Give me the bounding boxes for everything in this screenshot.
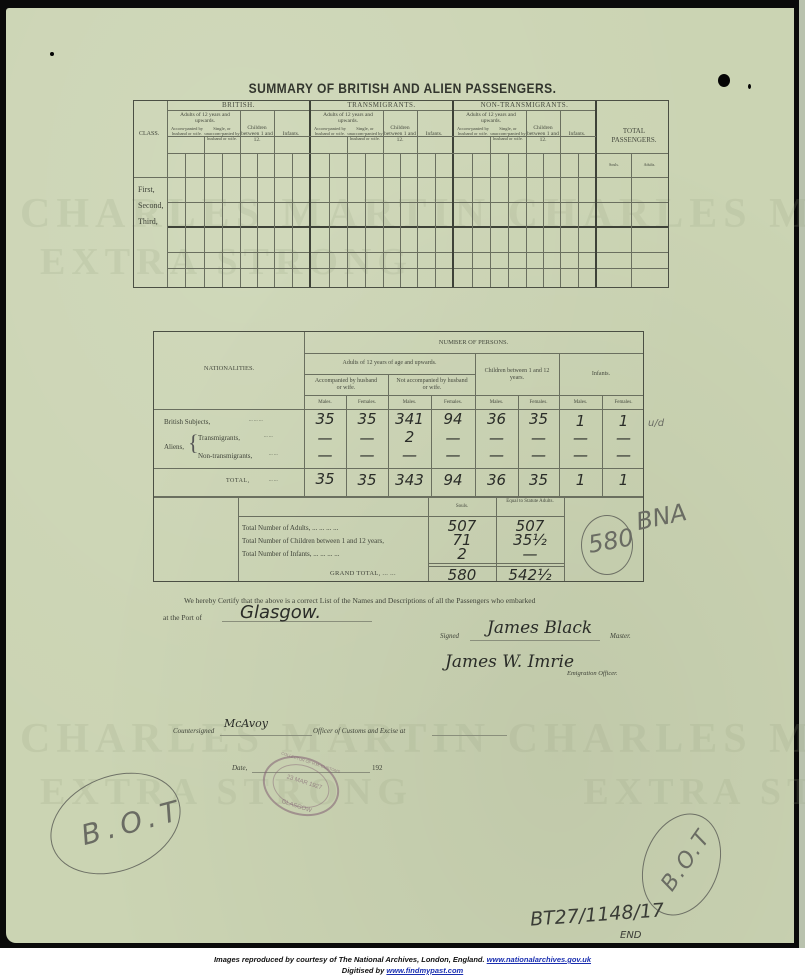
countersigned-signature: McAvoy <box>224 717 268 730</box>
customs-officer-label: Officer of Customs and Excise at <box>313 727 405 735</box>
value-cell: — <box>346 429 388 447</box>
value-cell: 1 <box>559 412 602 430</box>
total-children-label: Total Number of Children between 1 and 1… <box>242 537 384 545</box>
aliens-brace: { <box>188 432 199 454</box>
pencil-mark: u/d <box>648 418 664 429</box>
children-header: Children between 1 and 12. <box>240 125 274 143</box>
row-label-british-subjects: British Subjects, <box>164 418 210 426</box>
value-cell: — <box>518 446 559 464</box>
value-cell: — <box>475 446 518 464</box>
adults-header: Adults of 12 years and upwards. <box>456 112 526 124</box>
page-title: SUMMARY OF BRITISH AND ALIEN PASSENGERS. <box>56 80 748 96</box>
findmypast-link[interactable]: www.findmypast.com <box>386 966 463 975</box>
females-header: Females. <box>602 399 645 406</box>
nationalities-header: NATIONALITIES. <box>154 365 304 372</box>
adults-header: Adults of 12 years and upwards. <box>313 112 383 124</box>
single-header: Single, or unaccom-panied by husband or … <box>347 126 383 141</box>
master-signature: James Black <box>487 618 592 638</box>
accompanied-header: Accom-panied by husband or wife. <box>313 126 347 136</box>
value-cell: 341 <box>388 410 431 428</box>
end-mark: END <box>620 930 642 941</box>
signed-label: Signed <box>440 632 459 640</box>
row-dots: ... ... <box>269 452 278 457</box>
aliens-label: Aliens, <box>164 443 184 451</box>
males-header: Males. <box>475 399 518 406</box>
males-header: Males. <box>388 399 431 406</box>
value-cell: — <box>559 446 602 464</box>
value-cell: — <box>559 429 602 447</box>
class-first: First, <box>138 185 155 194</box>
value-cell: 35 <box>304 470 346 488</box>
master-signature-line <box>470 640 600 641</box>
row-label-total: TOTAL, <box>226 478 250 484</box>
countersigned-line <box>220 735 312 736</box>
national-archives-link[interactable]: www.nationalarchives.gov.uk <box>487 955 591 964</box>
females-header: Females. <box>346 399 388 406</box>
children-header: Children between 1 and 12. <box>383 125 417 143</box>
accompanied-header: Accom-panied by husband or wife. <box>456 126 490 136</box>
value-cell: 36 <box>475 410 518 428</box>
date-label: Date, <box>232 764 247 772</box>
section-header-non-transmigrants: NON-TRANSMIGRANTS. <box>454 102 595 108</box>
port-value: Glasgow. <box>240 602 321 623</box>
accompanied-header: Accom-panied by husband or wife. <box>170 126 204 136</box>
value-cell: — <box>602 429 645 447</box>
statute-adults-header: Equal to Statute Adults. <box>502 499 558 505</box>
ink-speck <box>50 52 54 56</box>
adults-header: Adults of 12 years and upwards. <box>170 112 240 124</box>
value-cell: 35 <box>304 410 346 428</box>
emigration-officer-label: Emigration Officer. <box>567 670 618 677</box>
value-cell: 1 <box>602 471 645 489</box>
value-cell: 36 <box>475 471 518 489</box>
value-cell: 2 <box>388 428 431 446</box>
value-cell: — <box>518 429 559 447</box>
emigration-officer-signature: James W. Imrie <box>445 652 574 672</box>
certification-statement: We hereby Certify that the above is a co… <box>184 596 535 605</box>
males-header: Males. <box>304 399 346 406</box>
males-header: Males. <box>559 399 602 406</box>
souls-header: Souls. <box>597 162 631 168</box>
value-cell: — <box>304 446 346 464</box>
footer-credit-text: Images reproduced by courtesy of The Nat… <box>214 955 485 964</box>
port-prefix: at the Port of <box>163 613 202 622</box>
adults-header: Adults. <box>631 162 668 168</box>
grand-total-souls: 580 <box>428 566 496 584</box>
number-of-persons-header: NUMBER OF PERSONS. <box>304 339 643 346</box>
adults-header: Adults of 12 years of age and upwards. <box>304 360 475 367</box>
row-dots: ... ... <box>264 434 273 439</box>
females-header: Females. <box>431 399 475 406</box>
value-cell: — <box>431 429 475 447</box>
footer-digitised-line: Digitised by www.findmypast.com <box>0 966 805 975</box>
value-cell: — <box>431 446 475 464</box>
value-cell: — <box>304 429 346 447</box>
footer-digitised-text: Digitised by <box>342 966 385 975</box>
value-cell: 1 <box>602 412 645 430</box>
row-label-non-transmigrants: Non-transmigrants, <box>198 452 252 460</box>
grand-total-label: GRAND TOTAL, ... ... <box>330 570 396 577</box>
single-header: Single, or unaccom-panied by husband or … <box>204 126 240 141</box>
children-header: Children between 1 and 12 years. <box>484 368 550 382</box>
nationality-table: NATIONALITIES. NUMBER OF PERSONS. Adults… <box>153 331 644 582</box>
value-cell: — <box>475 429 518 447</box>
value-cell: 35 <box>346 410 388 428</box>
value-cell: 35 <box>518 410 559 428</box>
row-label-transmigrants: Transmigrants, <box>198 434 240 442</box>
value-cell: — <box>602 446 645 464</box>
value-cell: 35 <box>346 471 388 489</box>
single-header: Single, or unaccom-panied by husband or … <box>490 126 526 141</box>
row-dots: ... ... ... <box>249 418 263 423</box>
class-header: CLASS. <box>139 131 159 137</box>
grand-total-statute: 542½ <box>496 566 564 584</box>
value-cell: 1 <box>559 471 602 489</box>
customs-location-line <box>432 735 507 736</box>
accompanied-header: Accompanied by husband or wife. <box>314 378 378 392</box>
souls-header: Souls. <box>428 503 496 510</box>
value-cell: 94 <box>431 471 475 489</box>
not-accompanied-header: Not accompanied by husband or wife. <box>394 378 470 392</box>
value-cell: — <box>346 446 388 464</box>
section-header-transmigrants: TRANSMIGRANTS. <box>311 102 452 108</box>
value-cell: — <box>388 446 431 464</box>
value-cell: 343 <box>388 471 431 489</box>
total-adults-label: Total Number of Adults, ... ... ... ... <box>242 524 338 532</box>
class-third: Third, <box>138 217 158 226</box>
footer-credit-line: Images reproduced by courtesy of The Nat… <box>0 955 805 964</box>
countersigned-label: Countersigned <box>173 727 214 735</box>
row-dots: ... ... <box>269 478 278 483</box>
date-year-suffix: 192 <box>372 764 383 772</box>
master-label: Master. <box>610 632 631 640</box>
total-passengers-header: TOTAL PASSENGERS. <box>604 127 664 145</box>
value-cell: 35 <box>518 471 559 489</box>
total-infants-label: Total Number of Infants, ... ... ... ... <box>242 550 340 558</box>
summary-table: CLASS. BRITISH. TRANSMIGRANTS. NON-TRANS… <box>133 100 669 288</box>
infants-header: Infants. <box>559 371 643 378</box>
total-infants-statute: — <box>496 545 564 563</box>
value-cell: 94 <box>431 410 475 428</box>
children-header: Children between 1 and 12. <box>526 125 560 143</box>
total-infants-souls: 2 <box>428 545 496 563</box>
bleed-through-text: CHARLES MARTIN CHARLES MARTIN <box>20 715 805 763</box>
section-header-british: BRITISH. <box>168 102 309 108</box>
class-second: Second, <box>138 201 164 210</box>
females-header: Females. <box>518 399 559 406</box>
